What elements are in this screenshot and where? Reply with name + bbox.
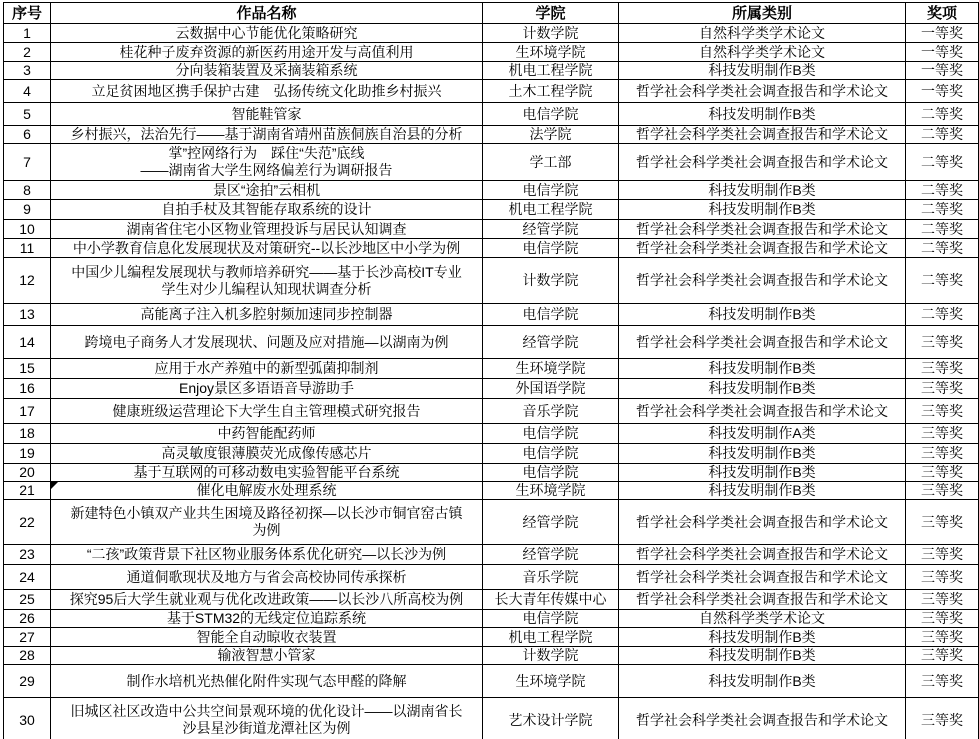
cell-id: 13	[4, 304, 51, 326]
table-row: 11中小学教育信息化发展现状及对策研究--以长沙地区中小学为例电信学院哲学社会科…	[4, 239, 979, 258]
cell-title: 应用于水产养殖中的新型弧菌抑制剂	[51, 359, 483, 379]
header-row: 序号 作品名称 学院 所属类别 奖项	[4, 3, 979, 24]
cell-corner-marker-icon	[51, 482, 58, 489]
table-row: 7掌”控网络行为 踩住“失范”底线 ——湖南省大学生网络偏差行为调研报告学工部哲…	[4, 144, 979, 181]
cell-id: 5	[4, 103, 51, 126]
cell-id: 1	[4, 24, 51, 43]
cell-award: 二等奖	[906, 258, 979, 304]
cell-id: 22	[4, 500, 51, 545]
cell-college: 计数学院	[483, 24, 619, 43]
cell-title: 乡村振兴，法治先行——基于湖南省靖州苗族侗族自治县的分析	[51, 126, 483, 144]
table-row: 12中国少儿编程发展现状与教师培养研究——基于长沙高校IT专业 学生对少儿编程认…	[4, 258, 979, 304]
cell-college: 电信学院	[483, 304, 619, 326]
cell-award: 三等奖	[906, 326, 979, 359]
cell-college: 电信学院	[483, 444, 619, 464]
cell-id: 17	[4, 399, 51, 424]
cell-category: 哲学社会科学类社会调查报告和学术论文	[619, 80, 906, 103]
cell-college: 电信学院	[483, 103, 619, 126]
cell-category: 科技发明制作B类	[619, 444, 906, 464]
table-row: 1云数据中心节能优化策略研究计数学院自然科学类学术论文一等奖	[4, 24, 979, 43]
cell-award: 二等奖	[906, 144, 979, 181]
cell-title: “二孩”政策背景下社区物业服务体系优化研究—以长沙为例	[51, 545, 483, 565]
cell-title: 催化电解废水处理系统	[51, 482, 483, 500]
cell-award: 二等奖	[906, 220, 979, 239]
table-row: 24通道侗歌现状及地方与省会高校协同传承探析音乐学院哲学社会科学类社会调查报告和…	[4, 565, 979, 590]
cell-college: 机电工程学院	[483, 628, 619, 647]
cell-title: 云数据中心节能优化策略研究	[51, 24, 483, 43]
cell-id: 8	[4, 181, 51, 200]
cell-category: 科技发明制作B类	[619, 103, 906, 126]
cell-category: 哲学社会科学类社会调查报告和学术论文	[619, 590, 906, 610]
cell-college: 土木工程学院	[483, 80, 619, 103]
cell-category: 哲学社会科学类社会调查报告和学术论文	[619, 144, 906, 181]
table-row: 2桂花种子废弃资源的新医药用途开发与高值利用生环境学院自然科学类学术论文一等奖	[4, 43, 979, 62]
cell-title: 桂花种子废弃资源的新医药用途开发与高值利用	[51, 43, 483, 62]
cell-college: 经管学院	[483, 326, 619, 359]
cell-college: 学工部	[483, 144, 619, 181]
cell-title: 景区“途拍”云相机	[51, 181, 483, 200]
cell-category: 哲学社会科学类社会调查报告和学术论文	[619, 326, 906, 359]
cell-award: 三等奖	[906, 464, 979, 482]
cell-title: 通道侗歌现状及地方与省会高校协同传承探析	[51, 565, 483, 590]
col-header-category: 所属类别	[619, 3, 906, 24]
table-row: 27智能全自动晾收衣装置机电工程学院科技发明制作B类三等奖	[4, 628, 979, 647]
cell-college: 机电工程学院	[483, 62, 619, 80]
cell-title: 跨境电子商务人才发展现状、问题及应对措施—以湖南为例	[51, 326, 483, 359]
cell-category: 哲学社会科学类社会调查报告和学术论文	[619, 698, 906, 739]
cell-category: 哲学社会科学类社会调查报告和学术论文	[619, 220, 906, 239]
cell-award: 三等奖	[906, 590, 979, 610]
cell-award: 二等奖	[906, 304, 979, 326]
cell-id: 7	[4, 144, 51, 181]
cell-title: 智能鞋管家	[51, 103, 483, 126]
col-header-index: 序号	[4, 3, 51, 24]
cell-award: 一等奖	[906, 62, 979, 80]
cell-college: 电信学院	[483, 424, 619, 444]
cell-id: 30	[4, 698, 51, 739]
cell-title: 分向装箱装置及采摘装箱系统	[51, 62, 483, 80]
cell-college: 电信学院	[483, 464, 619, 482]
cell-award: 二等奖	[906, 239, 979, 258]
table-row: 19高灵敏度银薄膜荧光成像传感芯片电信学院科技发明制作B类三等奖	[4, 444, 979, 464]
cell-award: 三等奖	[906, 424, 979, 444]
cell-college: 电信学院	[483, 239, 619, 258]
cell-title: 自拍手杖及其智能存取系统的设计	[51, 200, 483, 220]
table-row: 29制作水培机光热催化附件实现气态甲醛的降解生环境学院科技发明制作B类三等奖	[4, 665, 979, 698]
col-header-award: 奖项	[906, 3, 979, 24]
cell-category: 科技发明制作B类	[619, 464, 906, 482]
cell-award: 一等奖	[906, 43, 979, 62]
cell-category: 哲学社会科学类社会调查报告和学术论文	[619, 565, 906, 590]
cell-title: 旧城区社区改造中公共空间景观环境的优化设计——以湖南省长 沙县星沙街道龙潭社区为…	[51, 698, 483, 739]
cell-category: 科技发明制作B类	[619, 628, 906, 647]
cell-category: 科技发明制作A类	[619, 424, 906, 444]
table-row: 21催化电解废水处理系统生环境学院科技发明制作B类三等奖	[4, 482, 979, 500]
cell-college: 电信学院	[483, 181, 619, 200]
cell-college: 音乐学院	[483, 565, 619, 590]
cell-award: 三等奖	[906, 359, 979, 379]
cell-college: 经管学院	[483, 545, 619, 565]
table-body: 1云数据中心节能优化策略研究计数学院自然科学类学术论文一等奖2桂花种子废弃资源的…	[4, 24, 979, 739]
cell-id: 15	[4, 359, 51, 379]
cell-award: 三等奖	[906, 565, 979, 590]
cell-college: 计数学院	[483, 647, 619, 665]
table-row: 26基于STM32的无线定位追踪系统电信学院自然科学类学术论文三等奖	[4, 610, 979, 628]
table-row: 28输液智慧小管家计数学院科技发明制作B类三等奖	[4, 647, 979, 665]
table-row: 30旧城区社区改造中公共空间景观环境的优化设计——以湖南省长 沙县星沙街道龙潭社…	[4, 698, 979, 739]
cell-category: 科技发明制作B类	[619, 482, 906, 500]
cell-college: 艺术设计学院	[483, 698, 619, 739]
cell-id: 3	[4, 62, 51, 80]
table-row: 16Enjoy景区多语语音导游助手外国语学院科技发明制作B类三等奖	[4, 379, 979, 399]
cell-title: 探究95后大学生就业观与优化改进政策——以长沙八所高校为例	[51, 590, 483, 610]
cell-category: 自然科学类学术论文	[619, 610, 906, 628]
cell-id: 9	[4, 200, 51, 220]
cell-college: 生环境学院	[483, 43, 619, 62]
cell-award: 三等奖	[906, 399, 979, 424]
cell-award: 三等奖	[906, 444, 979, 464]
col-header-title: 作品名称	[51, 3, 483, 24]
cell-college: 计数学院	[483, 258, 619, 304]
table-row: 23“二孩”政策背景下社区物业服务体系优化研究—以长沙为例经管学院哲学社会科学类…	[4, 545, 979, 565]
cell-award: 三等奖	[906, 545, 979, 565]
cell-title: 立足贫困地区携手保护古建 弘扬传统文化助推乡村振兴	[51, 80, 483, 103]
cell-award: 三等奖	[906, 647, 979, 665]
cell-award: 三等奖	[906, 500, 979, 545]
table-row: 20基于互联网的可移动数电实验智能平台系统电信学院科技发明制作B类三等奖	[4, 464, 979, 482]
cell-id: 14	[4, 326, 51, 359]
cell-category: 哲学社会科学类社会调查报告和学术论文	[619, 239, 906, 258]
cell-category: 哲学社会科学类社会调查报告和学术论文	[619, 545, 906, 565]
cell-id: 28	[4, 647, 51, 665]
cell-title: 新建特色小镇双产业共生困境及路径初探—以长沙市铜官窑古镇 为例	[51, 500, 483, 545]
cell-college: 法学院	[483, 126, 619, 144]
table-row: 25探究95后大学生就业观与优化改进政策——以长沙八所高校为例长大青年传媒中心哲…	[4, 590, 979, 610]
table-row: 8景区“途拍”云相机电信学院科技发明制作B类二等奖	[4, 181, 979, 200]
cell-title: 湖南省住宅小区物业管理投诉与居民认知调查	[51, 220, 483, 239]
cell-id: 4	[4, 80, 51, 103]
cell-category: 哲学社会科学类社会调查报告和学术论文	[619, 399, 906, 424]
table-row: 6乡村振兴，法治先行——基于湖南省靖州苗族侗族自治县的分析法学院哲学社会科学类社…	[4, 126, 979, 144]
cell-id: 10	[4, 220, 51, 239]
cell-college: 经管学院	[483, 500, 619, 545]
table-row: 15应用于水产养殖中的新型弧菌抑制剂生环境学院科技发明制作B类三等奖	[4, 359, 979, 379]
cell-title: 输液智慧小管家	[51, 647, 483, 665]
cell-id: 21	[4, 482, 51, 500]
cell-id: 12	[4, 258, 51, 304]
cell-category: 哲学社会科学类社会调查报告和学术论文	[619, 500, 906, 545]
cell-award: 二等奖	[906, 103, 979, 126]
cell-award: 三等奖	[906, 665, 979, 698]
cell-category: 自然科学类学术论文	[619, 43, 906, 62]
table-row: 3分向装箱装置及采摘装箱系统机电工程学院科技发明制作B类一等奖	[4, 62, 979, 80]
table-row: 10湖南省住宅小区物业管理投诉与居民认知调查经管学院哲学社会科学类社会调查报告和…	[4, 220, 979, 239]
cell-college: 电信学院	[483, 610, 619, 628]
cell-id: 27	[4, 628, 51, 647]
cell-title: 高能离子注入机多腔射频加速同步控制器	[51, 304, 483, 326]
table-row: 14跨境电子商务人才发展现状、问题及应对措施—以湖南为例经管学院哲学社会科学类社…	[4, 326, 979, 359]
col-header-college: 学院	[483, 3, 619, 24]
cell-title: 中国少儿编程发展现状与教师培养研究——基于长沙高校IT专业 学生对少儿编程认知现…	[51, 258, 483, 304]
cell-college: 外国语学院	[483, 379, 619, 399]
cell-category: 哲学社会科学类社会调查报告和学术论文	[619, 126, 906, 144]
table-row: 18中药智能配药师电信学院科技发明制作A类三等奖	[4, 424, 979, 444]
cell-award: 三等奖	[906, 628, 979, 647]
cell-title: 中小学教育信息化发展现状及对策研究--以长沙地区中小学为例	[51, 239, 483, 258]
cell-college: 经管学院	[483, 220, 619, 239]
cell-category: 科技发明制作B类	[619, 379, 906, 399]
cell-category: 科技发明制作B类	[619, 359, 906, 379]
table-row: 9自拍手杖及其智能存取系统的设计机电工程学院科技发明制作B类二等奖	[4, 200, 979, 220]
table-row: 5智能鞋管家电信学院科技发明制作B类二等奖	[4, 103, 979, 126]
cell-id: 6	[4, 126, 51, 144]
cell-college: 长大青年传媒中心	[483, 590, 619, 610]
cell-title: 中药智能配药师	[51, 424, 483, 444]
cell-category: 科技发明制作B类	[619, 62, 906, 80]
cell-category: 科技发明制作B类	[619, 665, 906, 698]
cell-award: 二等奖	[906, 181, 979, 200]
cell-award: 三等奖	[906, 379, 979, 399]
cell-award: 二等奖	[906, 126, 979, 144]
table-row: 4立足贫困地区携手保护古建 弘扬传统文化助推乡村振兴土木工程学院哲学社会科学类社…	[4, 80, 979, 103]
cell-id: 20	[4, 464, 51, 482]
cell-id: 25	[4, 590, 51, 610]
cell-category: 科技发明制作B类	[619, 181, 906, 200]
cell-id: 19	[4, 444, 51, 464]
cell-id: 26	[4, 610, 51, 628]
cell-title: 制作水培机光热催化附件实现气态甲醛的降解	[51, 665, 483, 698]
cell-college: 机电工程学院	[483, 200, 619, 220]
cell-award: 三等奖	[906, 610, 979, 628]
cell-title: 健康班级运营理论下大学生自主管理模式研究报告	[51, 399, 483, 424]
cell-award: 二等奖	[906, 200, 979, 220]
cell-award: 一等奖	[906, 24, 979, 43]
cell-college: 生环境学院	[483, 482, 619, 500]
awards-table: 序号 作品名称 学院 所属类别 奖项 1云数据中心节能优化策略研究计数学院自然科…	[3, 2, 979, 739]
cell-award: 三等奖	[906, 698, 979, 739]
cell-id: 29	[4, 665, 51, 698]
cell-title: 高灵敏度银薄膜荧光成像传感芯片	[51, 444, 483, 464]
table-row: 17健康班级运营理论下大学生自主管理模式研究报告音乐学院哲学社会科学类社会调查报…	[4, 399, 979, 424]
cell-award: 三等奖	[906, 482, 979, 500]
cell-college: 生环境学院	[483, 665, 619, 698]
cell-college: 生环境学院	[483, 359, 619, 379]
cell-college: 音乐学院	[483, 399, 619, 424]
table-row: 22新建特色小镇双产业共生困境及路径初探—以长沙市铜官窑古镇 为例经管学院哲学社…	[4, 500, 979, 545]
cell-id: 24	[4, 565, 51, 590]
cell-category: 科技发明制作B类	[619, 304, 906, 326]
cell-award: 一等奖	[906, 80, 979, 103]
cell-title: 基于互联网的可移动数电实验智能平台系统	[51, 464, 483, 482]
cell-category: 自然科学类学术论文	[619, 24, 906, 43]
cell-id: 11	[4, 239, 51, 258]
cell-id: 2	[4, 43, 51, 62]
cell-title: 掌”控网络行为 踩住“失范”底线 ——湖南省大学生网络偏差行为调研报告	[51, 144, 483, 181]
table-row: 13高能离子注入机多腔射频加速同步控制器电信学院科技发明制作B类二等奖	[4, 304, 979, 326]
cell-category: 科技发明制作B类	[619, 200, 906, 220]
cell-title: 智能全自动晾收衣装置	[51, 628, 483, 647]
cell-id: 23	[4, 545, 51, 565]
cell-category: 哲学社会科学类社会调查报告和学术论文	[619, 258, 906, 304]
cell-id: 16	[4, 379, 51, 399]
cell-title: 基于STM32的无线定位追踪系统	[51, 610, 483, 628]
cell-id: 18	[4, 424, 51, 444]
cell-category: 科技发明制作B类	[619, 647, 906, 665]
cell-title: Enjoy景区多语语音导游助手	[51, 379, 483, 399]
